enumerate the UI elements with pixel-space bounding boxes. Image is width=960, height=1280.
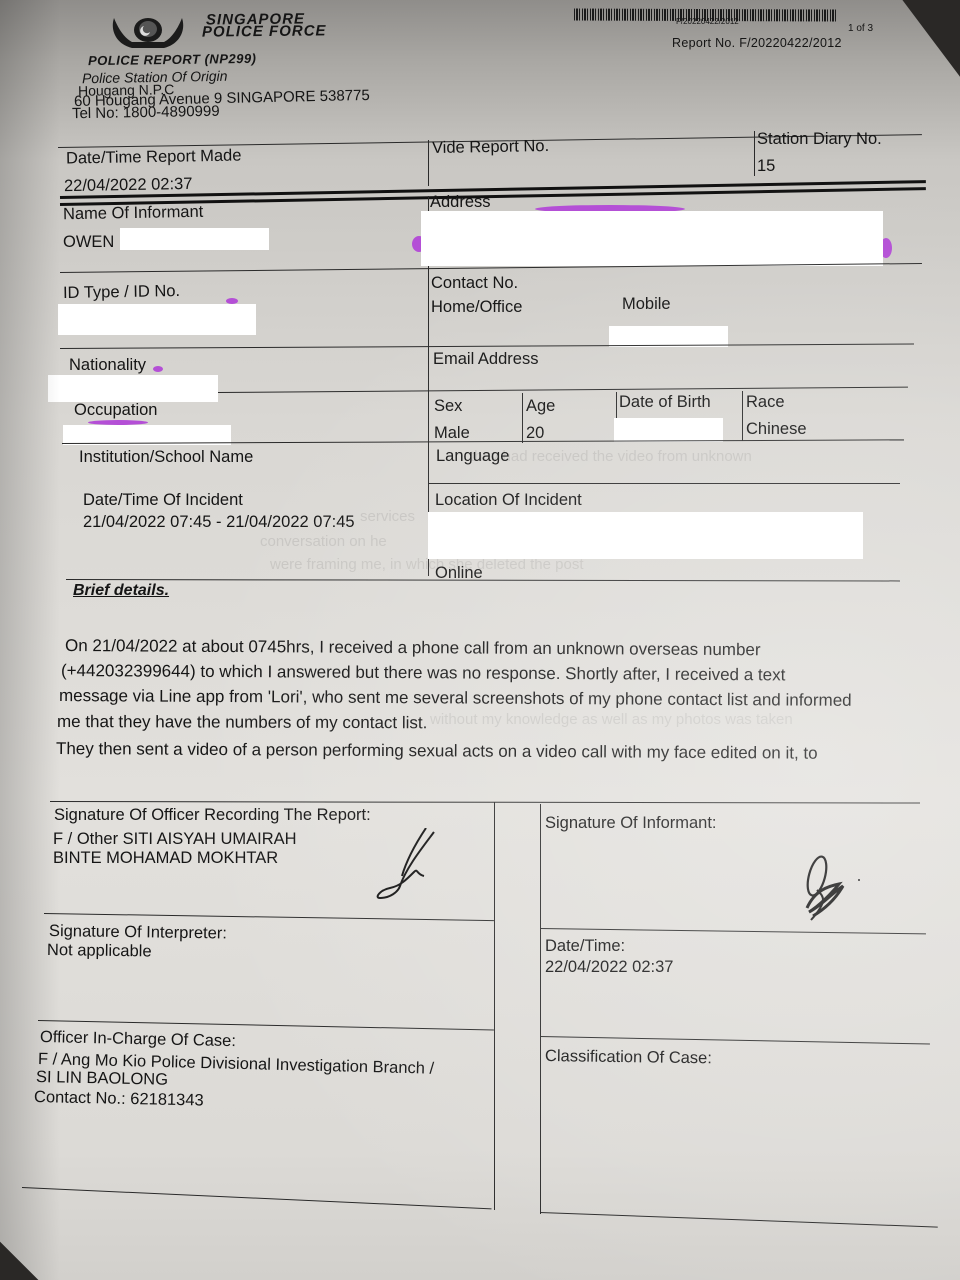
- page-indicator: 1 of 3: [848, 23, 873, 34]
- section-divider: [540, 1212, 938, 1228]
- row-divider: [66, 579, 900, 581]
- informant-value: OWEN: [63, 233, 114, 252]
- oic-label: Officer In-Charge Of Case:: [40, 1028, 236, 1051]
- redacted-nationality: [48, 375, 218, 402]
- station-diary-value: 15: [757, 157, 775, 176]
- row-divider: [218, 387, 908, 393]
- nationality-label: Nationality: [69, 356, 146, 375]
- col-divider: [742, 391, 743, 441]
- col-divider: [754, 131, 755, 176]
- dob-label: Date of Birth: [619, 393, 711, 412]
- id-label: ID Type / ID No.: [63, 282, 180, 303]
- station-tel: Tel No: 1800-4890999: [72, 105, 220, 121]
- section-divider: [540, 928, 926, 934]
- col-divider: [522, 393, 523, 443]
- email-label: Email Address: [433, 350, 538, 369]
- informant-label: Name Of Informant: [63, 203, 204, 224]
- barcode-text: F/20220422/2012: [676, 17, 739, 26]
- bleed-through-text: conversation on he: [260, 533, 387, 550]
- interpreter-label: Signature Of Interpreter:: [49, 922, 227, 943]
- bleed-through-text: without my knowledge as well as my photo…: [430, 711, 793, 728]
- col-divider: [494, 802, 495, 1210]
- section-divider: [540, 1036, 930, 1044]
- oic-line2: SI LIN BAOLONG: [36, 1068, 168, 1090]
- col-divider: [540, 804, 541, 1214]
- station-diary-label: Station Diary No.: [757, 130, 882, 149]
- occupation-label: Occupation: [74, 401, 157, 420]
- age-label: Age: [526, 397, 555, 416]
- home-office-label: Home/Office: [431, 298, 522, 317]
- mobile-label: Mobile: [622, 295, 671, 314]
- informant-signature-icon: [795, 850, 865, 925]
- section-divider: [22, 1187, 492, 1209]
- officer-signature-icon: [370, 828, 450, 903]
- bleed-through-text: they had received the video from unknown: [470, 448, 752, 465]
- contact-label: Contact No.: [431, 274, 518, 293]
- officer-signature-label: Signature Of Officer Recording The Repor…: [54, 806, 371, 825]
- officer-name-line1: F / Other SITI AISYAH UMAIRAH: [53, 830, 297, 849]
- row-divider: [60, 344, 914, 349]
- redacted-id: [58, 304, 256, 335]
- datetime-label: Date/Time:: [545, 937, 625, 956]
- sex-label: Sex: [434, 397, 462, 416]
- redacted-surname: [120, 228, 269, 250]
- highlight-mark: [153, 366, 163, 372]
- oic-contact: Contact No.: 62181343: [34, 1088, 204, 1111]
- datetime-value: 22/04/2022 02:37: [545, 958, 673, 977]
- col-divider: [428, 140, 429, 186]
- org-name-line2: POLICE FORCE: [202, 24, 327, 39]
- redacted-dob: [614, 418, 723, 442]
- incident-location-label: Location Of Incident: [435, 491, 582, 510]
- bleed-through-text: services: [360, 508, 415, 525]
- report-number: Report No. F/20220422/2012: [672, 36, 842, 50]
- report-made-value: 22/04/2022 02:37: [64, 175, 193, 196]
- race-value: Chinese: [746, 420, 807, 439]
- incident-time-value: 21/04/2022 07:45 - 21/04/2022 07:45: [83, 513, 355, 532]
- classification-label: Classification Of Case:: [545, 1047, 712, 1068]
- redacted-location: [428, 512, 863, 559]
- race-label: Race: [746, 393, 785, 412]
- police-crest-icon: [108, 12, 188, 52]
- section-divider: [50, 801, 920, 804]
- redacted-address: [421, 211, 883, 266]
- officer-name-line2: BINTE MOHAMAD MOKHTAR: [53, 849, 278, 868]
- sex-value: Male: [434, 424, 470, 443]
- language-label: Language: [436, 447, 509, 466]
- institution-label: Institution/School Name: [79, 448, 253, 467]
- form-title: POLICE REPORT (NP299): [88, 52, 257, 68]
- section-divider: [44, 913, 494, 921]
- informant-signature-label: Signature Of Informant:: [545, 814, 717, 833]
- report-made-label: Date/Time Report Made: [66, 146, 242, 168]
- brief-details-heading: Brief details.: [73, 582, 169, 600]
- row-divider: [428, 483, 900, 484]
- vide-report-label: Vide Report No.: [432, 137, 549, 158]
- police-report-page: they had received the video from unknown…: [0, 0, 960, 1280]
- brief-line: me that they have the numbers of my cont…: [57, 709, 427, 736]
- address-label: Address: [430, 193, 491, 212]
- incident-time-label: Date/Time Of Incident: [83, 491, 243, 510]
- brief-line: They then sent a video of a person perfo…: [56, 736, 818, 766]
- interpreter-value: Not applicable: [47, 941, 152, 961]
